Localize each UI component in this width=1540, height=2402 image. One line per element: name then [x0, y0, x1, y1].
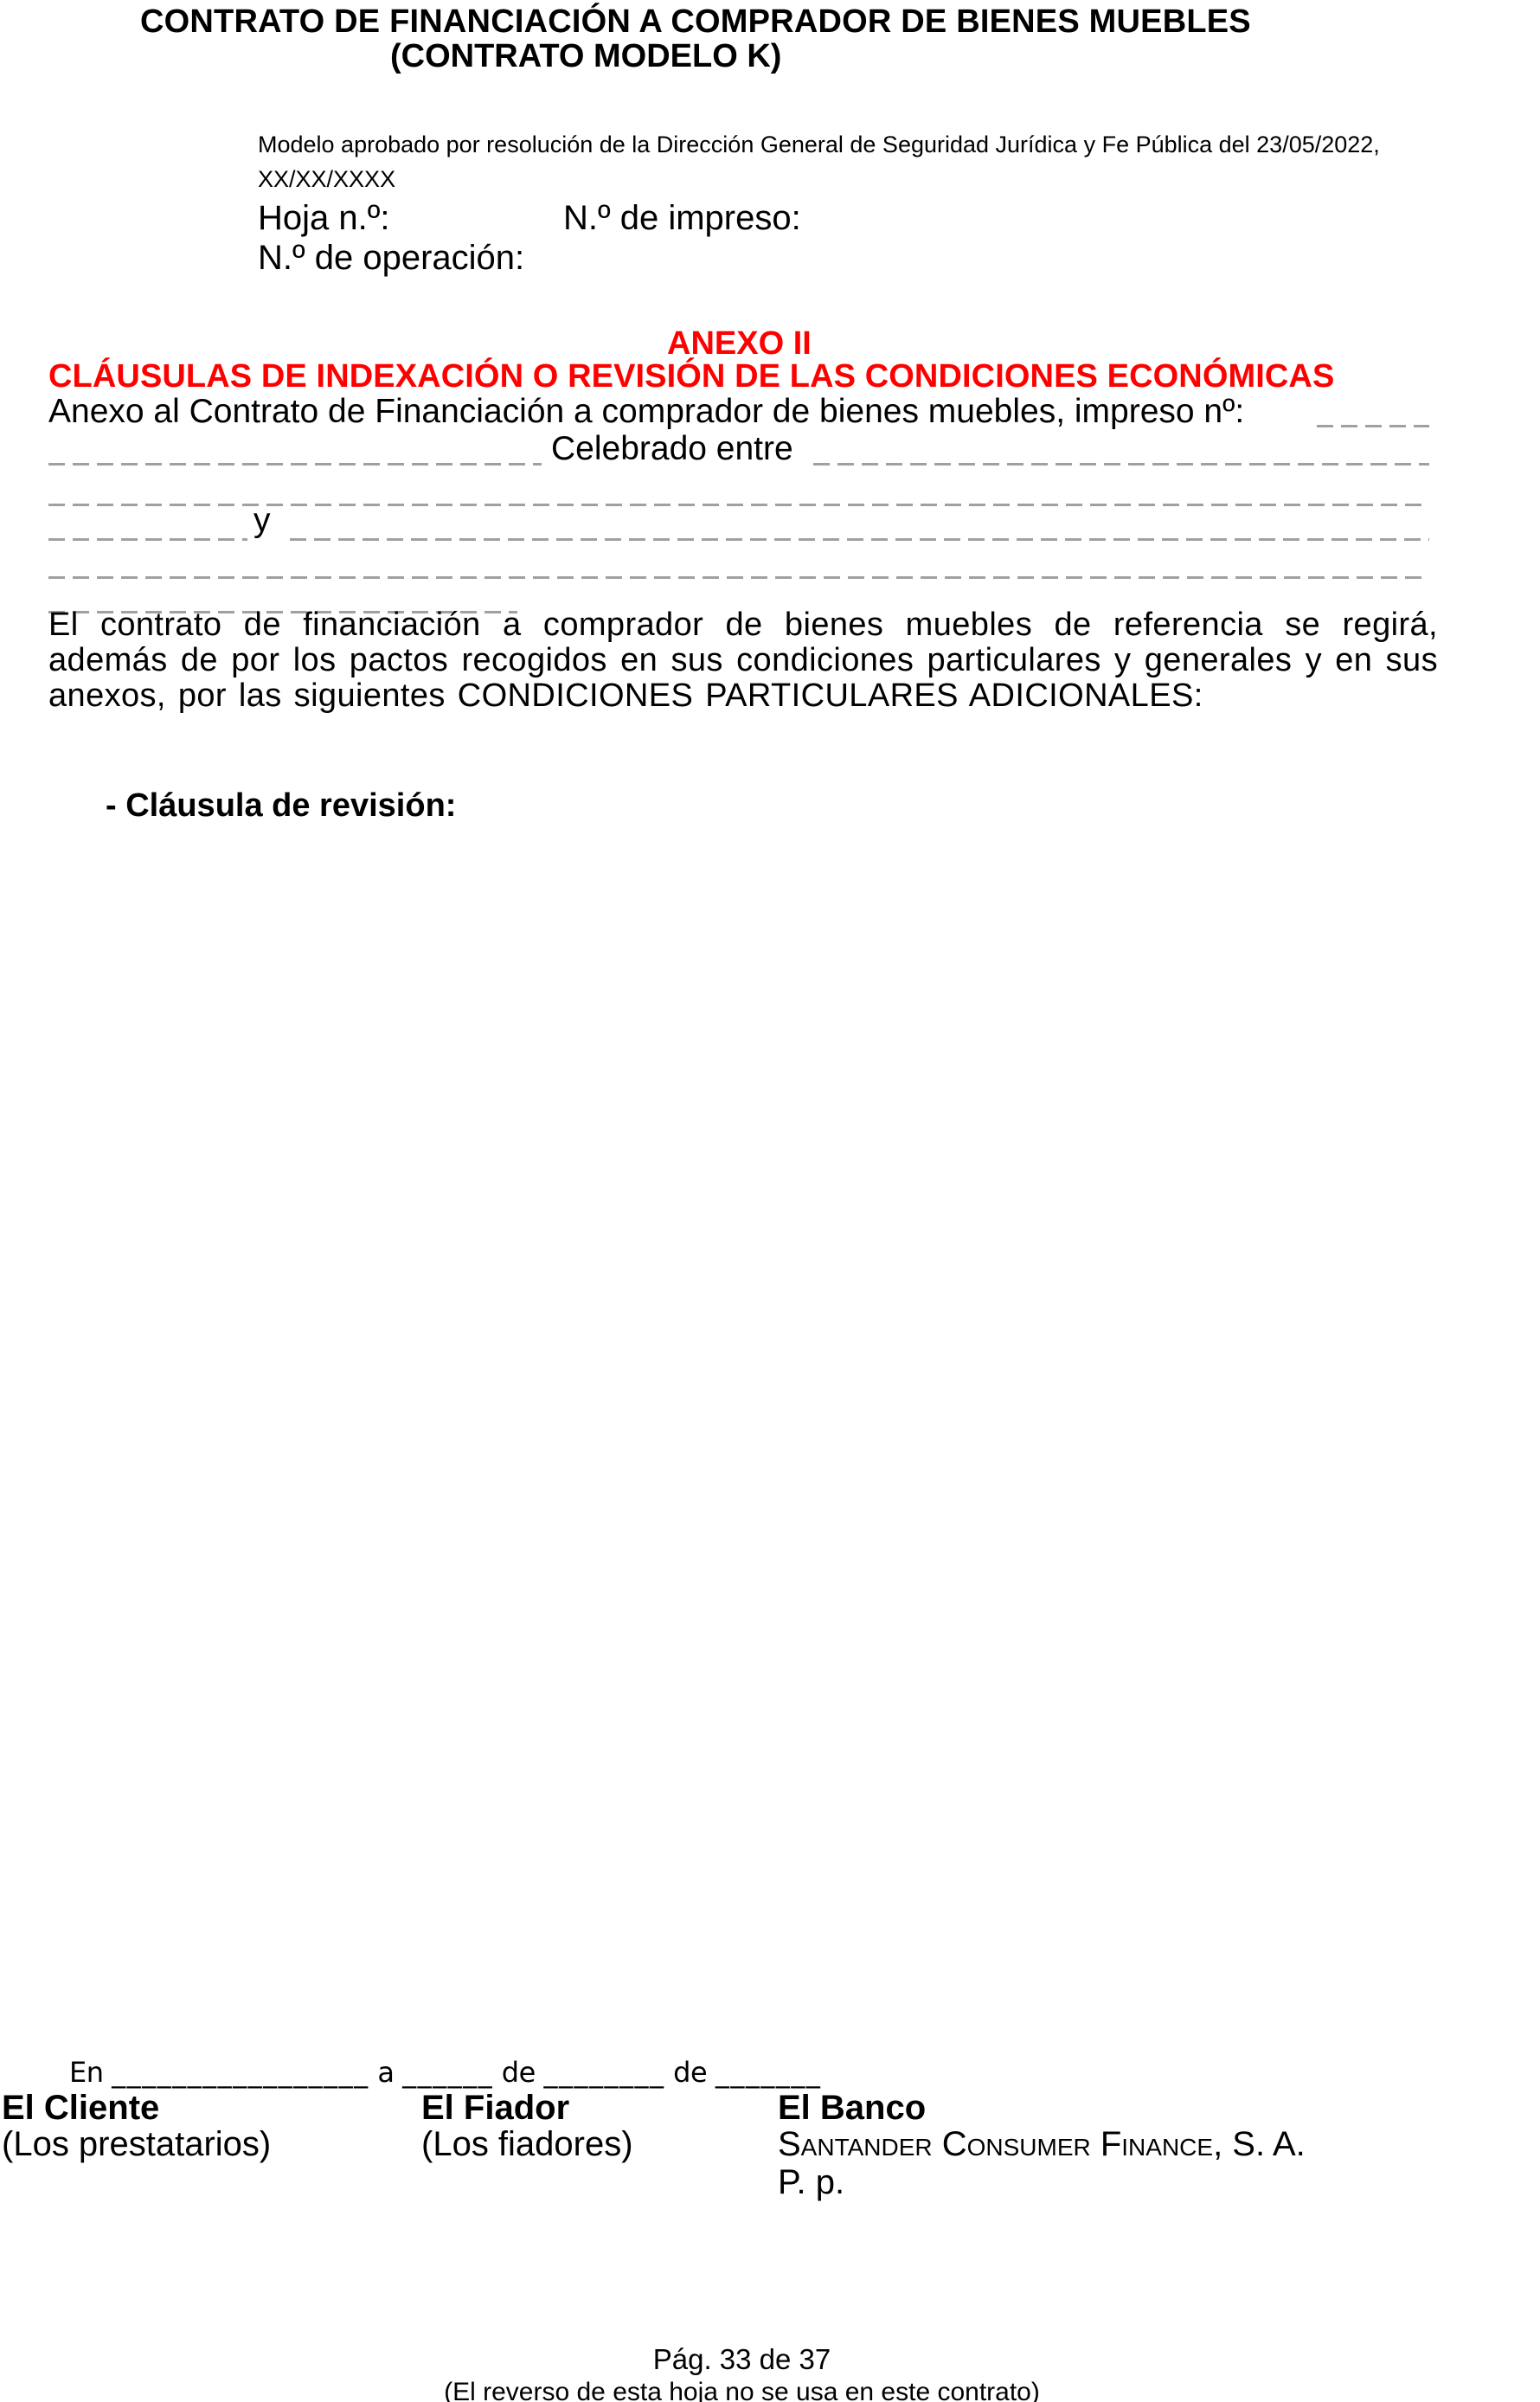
party-blank-4	[48, 538, 247, 541]
approval-date: XX/XX/XXXX	[258, 166, 395, 193]
revision-clause-heading: - Cláusula de revisión:	[106, 787, 456, 825]
client-title: El Cliente	[2, 2089, 159, 2128]
operation-number-label: N.º de operación:	[258, 239, 524, 278]
party-blank-6	[48, 576, 1429, 579]
conditions-paragraph: El contrato de financiación a comprador …	[48, 607, 1438, 714]
document-title: CONTRATO DE FINANCIACIÓN A COMPRADOR DE …	[140, 3, 1540, 41]
month-prefix: de	[502, 2056, 536, 2089]
document-subtitle: (CONTRATO MODELO K)	[390, 38, 1540, 75]
celebrado-text: Celebrado entre	[551, 430, 793, 468]
bank-name: Santander Consumer Finance, S. A.	[778, 2125, 1306, 2164]
month-blank: ________	[543, 2056, 664, 2089]
annex-intro: Anexo al Contrato de Financiación a comp…	[48, 393, 1244, 431]
bank-title: El Banco	[778, 2089, 926, 2128]
guarantor-title: El Fiador	[421, 2089, 569, 2128]
annex-subtitle: CLÁUSULAS DE INDEXACIÓN O REVISIÓN DE LA…	[48, 358, 1334, 395]
day-blank: ______	[402, 2056, 493, 2089]
year-blank: _______	[715, 2056, 822, 2089]
form-number-label: N.º de impreso:	[563, 199, 801, 238]
year-prefix: de	[673, 2056, 707, 2089]
form-number-blank	[1317, 425, 1429, 427]
approval-note: Modelo aprobado por resolución de la Dir…	[258, 132, 1380, 158]
bank-pp: P. p.	[778, 2163, 844, 2202]
place-blank: _________________	[112, 2056, 369, 2089]
client-subtitle: (Los prestatarios)	[2, 2125, 271, 2164]
party-blank-5	[290, 538, 1429, 541]
sheet-number-label: Hoja n.º:	[258, 199, 389, 238]
conjunction-y: y	[253, 502, 271, 540]
reverse-note: (El reverso de esta hoja no se usa en es…	[0, 2378, 1484, 2402]
party-blank-2	[813, 463, 1429, 466]
place-date-line: En _________________ a ______ de _______…	[69, 2056, 821, 2089]
annex-title: ANEXO II	[667, 325, 812, 363]
day-prefix: a	[377, 2056, 394, 2089]
guarantor-subtitle: (Los fiadores)	[421, 2125, 633, 2164]
party-blank-1	[48, 463, 542, 466]
place-prefix: En	[69, 2056, 104, 2089]
page-number: Pág. 33 de 37	[0, 2343, 1484, 2376]
